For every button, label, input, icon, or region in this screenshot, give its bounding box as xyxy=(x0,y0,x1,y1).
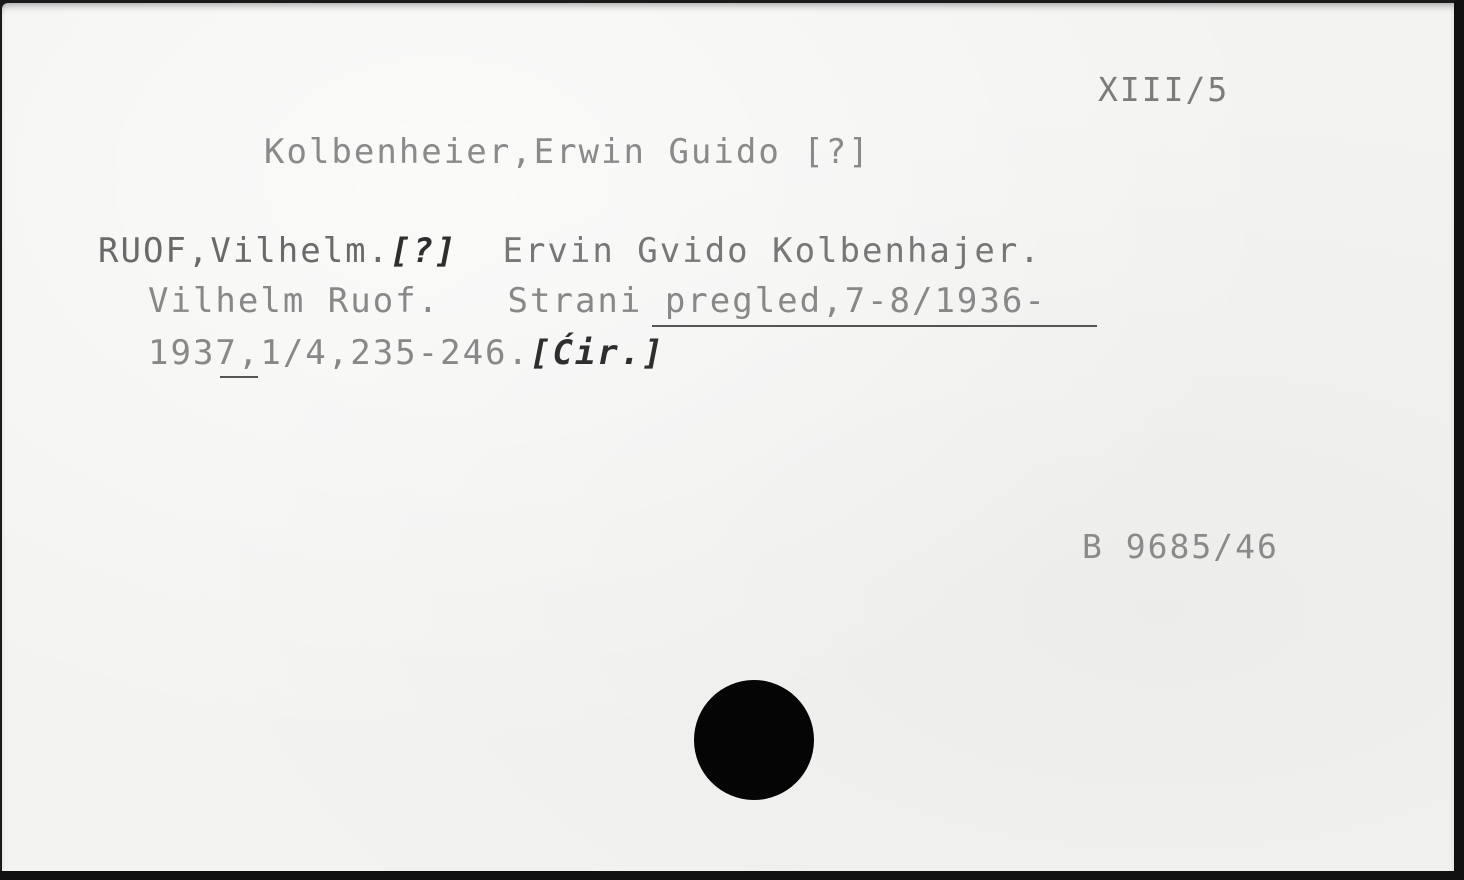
author-name: RUOF,Vilhelm. xyxy=(98,231,390,271)
scan-edge-bottom xyxy=(0,871,1464,880)
entry-line-1: RUOF,Vilhelm.[?] Ervin Gvido Kolbenhajer… xyxy=(98,234,1042,268)
author-repeat: Vilhelm Ruof. xyxy=(148,281,440,321)
journal-underline xyxy=(652,325,1097,327)
punch-hole-icon xyxy=(694,680,814,800)
author-note: [?] xyxy=(390,231,457,271)
entry-line-3: 1937,1/4,235-246.[Ćir.] xyxy=(148,336,665,370)
scan-edge-right xyxy=(1454,0,1464,880)
heading-name: Kolbenheier,Erwin Guido [?] xyxy=(264,135,871,169)
issue-pages: 1937,1/4,235-246. xyxy=(148,333,530,373)
call-number: XIII/5 xyxy=(1098,73,1229,106)
article-title: Ervin Gvido Kolbenhajer. xyxy=(502,231,1041,271)
accession-number: B 9685/46 xyxy=(1082,530,1279,563)
catalog-card: XIII/5 Kolbenheier,Erwin Guido [?] RUOF,… xyxy=(2,3,1454,871)
journal-citation: Strani pregled,7-8/1936- xyxy=(508,281,1047,321)
script-note: [Ćir.] xyxy=(530,333,665,373)
issue-underline xyxy=(220,376,258,378)
entry-line-2: Vilhelm Ruof. Strani pregled,7-8/1936- xyxy=(148,284,1047,318)
